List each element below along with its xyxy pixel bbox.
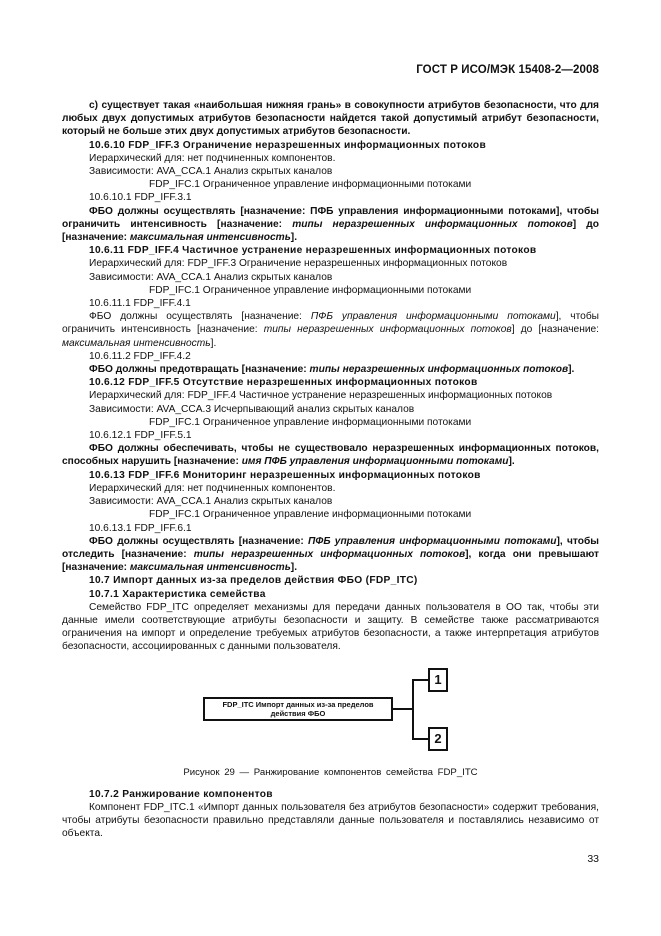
section-title-10-6-12: 10.6.12 FDP_IFF.5 Отсутствие неразрешенн… [62, 376, 599, 389]
dependencies-10-6-10: Зависимости: AVA_CCA.1 Анализ скрытых ка… [62, 165, 599, 178]
page-number: 33 [587, 853, 599, 865]
section-title-10-7-1: 10.7.1 Характеристика семейства [62, 588, 599, 601]
section-title-10-7: 10.7 Импорт данных из-за пределов действ… [62, 574, 599, 587]
component-leveling-text: Компонент FDP_ITC.1 «Импорт данных польз… [62, 801, 599, 841]
dependencies-10-6-12: Зависимости: AVA_CCA.3 Исчерпывающий ана… [62, 403, 599, 416]
element-id-10-6-10-1: 10.6.10.1 FDP_IFF.3.1 [62, 191, 599, 204]
connector-line [412, 679, 428, 681]
dependencies-2-10-6-12: FDP_IFC.1 Ограниченное управление информ… [62, 416, 599, 429]
dependencies-10-6-11: Зависимости: AVA_CCA.1 Анализ скрытых ка… [62, 271, 599, 284]
hierarchical-10-6-11: Иерархический для: FDP_IFF.3 Ограничение… [62, 257, 599, 270]
element-text-10-6-10-1: ФБО должны осуществлять [назначение: ПФБ… [62, 205, 599, 245]
element-id-10-6-13-1: 10.6.13.1 FDP_IFF.6.1 [62, 522, 599, 535]
element-text-10-6-11-2: ФБО должны предотвращать [назначение: ти… [62, 363, 599, 376]
element-id-10-6-11-1: 10.6.11.1 FDP_IFF.4.1 [62, 297, 599, 310]
element-text-10-6-12-1: ФБО должны обеспечивать, чтобы не сущест… [62, 442, 599, 468]
document-header: ГОСТ Р ИСО/МЭК 15408-2—2008 [416, 64, 599, 76]
hierarchical-10-6-12: Иерархический для: FDP_IFF.4 Частичное у… [62, 389, 599, 402]
component-leveling-diagram: FDP_ITC Импорт данных из-за пределов дей… [62, 666, 599, 762]
hierarchical-10-6-10: Иерархический для: нет подчиненных компо… [62, 152, 599, 165]
connector-line [393, 708, 413, 710]
family-box: FDP_ITC Импорт данных из-за пределов дей… [203, 697, 393, 721]
dependencies-2-10-6-11: FDP_IFC.1 Ограниченное управление информ… [62, 284, 599, 297]
component-box-2: 2 [428, 727, 448, 751]
dependencies-2-10-6-10: FDP_IFC.1 Ограниченное управление информ… [62, 178, 599, 191]
dependencies-10-6-13: Зависимости: AVA_CCA.1 Анализ скрытых ка… [62, 495, 599, 508]
connector-line [412, 679, 414, 740]
component-box-1: 1 [428, 668, 448, 692]
element-id-10-6-12-1: 10.6.12.1 FDP_IFF.5.1 [62, 429, 599, 442]
intro-item-c: с) существует такая «наибольшая нижняя г… [62, 99, 599, 139]
element-id-10-6-11-2: 10.6.11.2 FDP_IFF.4.2 [62, 350, 599, 363]
element-text-10-6-11-1: ФБО должны осуществлять [назначение: ПФБ… [62, 310, 599, 350]
figure-caption: Рисунок 29 — Ранжирование компонентов се… [62, 766, 599, 779]
family-description: Семейство FDP_ITC определяет механизмы д… [62, 601, 599, 654]
dependencies-2-10-6-13: FDP_IFC.1 Ограниченное управление информ… [62, 508, 599, 521]
page-content: с) существует такая «наибольшая нижняя г… [62, 99, 599, 841]
hierarchical-10-6-13: Иерархический для: нет подчиненных компо… [62, 482, 599, 495]
section-title-10-7-2: 10.7.2 Ранжирование компонентов [62, 788, 599, 801]
element-text-10-6-13-1: ФБО должны осуществлять [назначение: ПФБ… [62, 535, 599, 575]
section-title-10-6-13: 10.6.13 FDP_IFF.6 Мониторинг неразрешенн… [62, 469, 599, 482]
connector-line [412, 738, 428, 740]
section-title-10-6-10: 10.6.10 FDP_IFF.3 Ограничение неразрешен… [62, 139, 599, 152]
section-title-10-6-11: 10.6.11 FDP_IFF.4 Частичное устранение н… [62, 244, 599, 257]
